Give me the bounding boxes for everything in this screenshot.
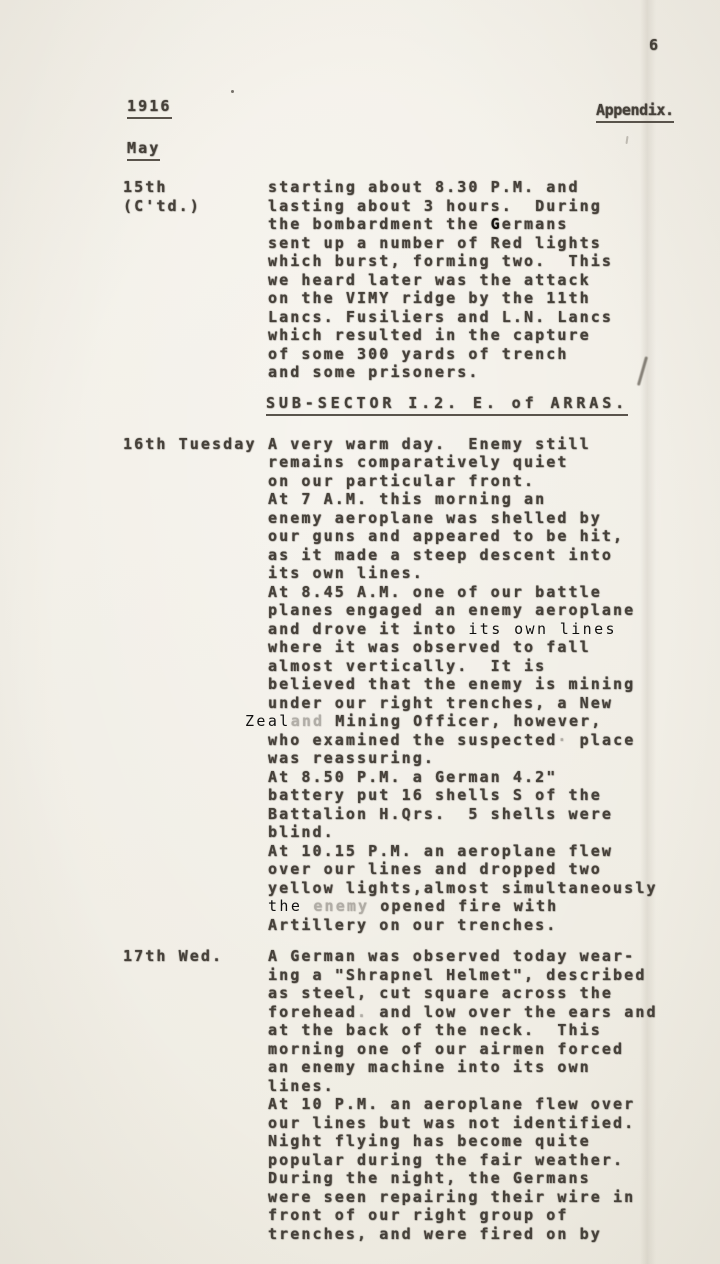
text-line: and drove it into its own lines <box>268 620 720 639</box>
text-segment: and some prisoners. <box>268 363 479 381</box>
text-line: under our right trenches, a New <box>268 694 720 713</box>
text-line: were seen repairing their wire in <box>268 1188 720 1207</box>
text-segment: opened fire with <box>369 897 558 915</box>
text-segment: trenches, and were fired on by <box>268 1225 602 1243</box>
text-segment: over our lines and dropped two <box>268 860 602 878</box>
text-line: our lines but was not identified. <box>268 1114 720 1133</box>
entry-body: A very warm day. Enemy stillremains comp… <box>268 435 720 935</box>
text-segment: as steel, cut square across the <box>268 984 613 1002</box>
stray-ink-dot <box>231 90 234 93</box>
text-segment: on our particular front. <box>268 472 535 490</box>
text-segment: which burst, forming two. This <box>268 252 613 270</box>
text-segment: believed that the enemy is mining <box>268 675 635 693</box>
text-line: of some 300 yards of trench <box>268 345 720 364</box>
text-segment: under our right trenches, a New <box>268 694 613 712</box>
text-segment: an enemy machine into its own <box>268 1058 591 1076</box>
text-line: trenches, and were fired on by <box>268 1225 720 1244</box>
text-segment: Lancs. Fusiliers and L.N. Lancs <box>268 308 613 326</box>
text-line: as it made a steep descent into <box>268 546 720 565</box>
text-segment: as it made a steep descent into <box>268 546 613 564</box>
text-segment: was reassuring. <box>268 749 435 767</box>
text-segment: and <box>291 712 324 730</box>
text-line: enemy aeroplane was shelled by <box>268 509 720 528</box>
text-line: Night flying has become quite <box>268 1132 720 1151</box>
text-segment: yellow lights,almost simultaneously <box>268 879 658 897</box>
text-line: Battalion H.Qrs. 5 shells were <box>268 805 720 824</box>
text-segment: and drove it into <box>268 620 468 638</box>
text-line: almost vertically. It is <box>268 657 720 676</box>
text-line: popular during the fair weather. <box>268 1151 720 1170</box>
text-segment: At 7 A.M. this morning an <box>268 490 546 508</box>
text-segment: G <box>491 215 502 233</box>
text-segment: Artillery on our trenches. <box>268 916 557 934</box>
text-segment: At 10.15 P.M. an aeroplane flew <box>268 842 613 860</box>
text-segment: our lines but was not identified. <box>268 1114 635 1132</box>
text-segment: we heard later was the attack <box>268 271 591 289</box>
text-line: an enemy machine into its own <box>268 1058 720 1077</box>
text-line: which burst, forming two. This <box>268 252 720 271</box>
stray-ink-tick <box>625 136 628 144</box>
text-segment: enemy aeroplane was shelled by <box>268 509 602 527</box>
text-line: battery put 16 shells S of the <box>268 786 720 805</box>
entry-date: 16th Tuesday <box>123 435 257 454</box>
text-segment: starting about 8.30 P.M. and <box>268 178 580 196</box>
text-segment: ermans <box>502 215 569 233</box>
text-segment: which resulted in the capture <box>268 326 591 344</box>
text-line: At 10.15 P.M. an aeroplane flew <box>268 842 720 861</box>
text-line: on the VIMY ridge by the 11th <box>268 289 720 308</box>
text-segment: enemy <box>302 897 369 915</box>
text-segment: At 8.50 P.M. a German 4.2" <box>268 768 557 786</box>
text-line: which resulted in the capture <box>268 326 720 345</box>
text-line: planes engaged an enemy aeroplane <box>268 601 720 620</box>
text-segment: Battalion H.Qrs. 5 shells were <box>268 805 613 823</box>
entry-body: starting about 8.30 P.M. andlasting abou… <box>268 178 720 382</box>
text-segment: Mining Officer, however, <box>324 712 602 730</box>
text-line: front of our right group of <box>268 1206 720 1225</box>
text-segment: the <box>268 897 302 915</box>
text-segment: place <box>569 731 636 749</box>
text-segment: lasting about 3 hours. During <box>268 197 602 215</box>
text-line: During the night, the Germans <box>268 1169 720 1188</box>
diary-entry: 15th (C'td.)starting about 8.30 P.M. and… <box>0 178 720 382</box>
text-line: where it was observed to fall <box>268 638 720 657</box>
text-line: Artillery on our trenches. <box>268 916 720 935</box>
diary-entries: 15th (C'td.)starting about 8.30 P.M. and… <box>0 178 720 1243</box>
text-line: starting about 8.30 P.M. and <box>268 178 720 197</box>
text-line: Zealand Mining Officer, however, <box>245 712 720 731</box>
text-line: ing a "Shrapnel Helmet", described <box>268 966 720 985</box>
month-heading: May <box>127 139 160 161</box>
text-segment: its own lines <box>468 620 617 638</box>
entry-date: 17th Wed. <box>123 947 223 966</box>
text-line: over our lines and dropped two <box>268 860 720 879</box>
text-segment: our guns and appeared to be hit, <box>268 527 624 545</box>
text-line: lasting about 3 hours. During <box>268 197 720 216</box>
text-line: the enemy opened fire with <box>268 897 720 916</box>
text-segment: remains comparatively quiet <box>268 453 569 471</box>
text-segment: of some 300 yards of trench <box>268 345 569 363</box>
text-line: at the back of the neck. This <box>268 1021 720 1040</box>
text-segment: and low over the ears and <box>379 1003 657 1021</box>
text-segment: At 8.45 A.M. one of our battle <box>268 583 602 601</box>
diary-entry: 16th TuesdayA very warm day. Enemy still… <box>0 435 720 935</box>
text-line: as steel, cut square across the <box>268 984 720 1003</box>
text-segment: blind. <box>268 823 335 841</box>
text-segment: almost vertically. It is <box>268 657 546 675</box>
text-segment: popular during the fair weather. <box>268 1151 624 1169</box>
text-line: who examined the suspected· place <box>268 731 720 750</box>
text-line: sent up a number of Red lights <box>268 234 720 253</box>
text-segment: forehead <box>268 1003 357 1021</box>
page-number: 6 <box>649 36 660 55</box>
text-segment: At 10 P.M. an aeroplane flew over <box>268 1095 635 1113</box>
text-line: we heard later was the attack <box>268 271 720 290</box>
text-line: At 8.50 P.M. a German 4.2" <box>268 768 720 787</box>
text-segment: Zeal <box>245 712 291 730</box>
appendix-label: Appendix. <box>596 101 674 123</box>
text-line: At 7 A.M. this morning an <box>268 490 720 509</box>
text-line: A German was observed today wear- <box>268 947 720 966</box>
text-line: on our particular front. <box>268 472 720 491</box>
text-line: Lancs. Fusiliers and L.N. Lancs <box>268 308 720 327</box>
text-segment: planes engaged an enemy aeroplane <box>268 601 635 619</box>
text-line: At 10 P.M. an aeroplane flew over <box>268 1095 720 1114</box>
text-line: yellow lights,almost simultaneously <box>268 879 720 898</box>
text-segment: sent up a number of Red lights <box>268 234 602 252</box>
text-segment: on the VIMY ridge by the 11th <box>268 289 591 307</box>
text-line: was reassuring. <box>268 749 720 768</box>
text-segment: who examined the suspected <box>268 731 557 749</box>
text-line: our guns and appeared to be hit, <box>268 527 720 546</box>
text-line: the bombardment the Germans <box>268 215 720 234</box>
text-segment: A German was observed today wear- <box>268 947 635 965</box>
text-line: its own lines. <box>268 564 720 583</box>
year-heading: 1916 <box>127 97 172 119</box>
text-segment: were seen repairing their wire in <box>268 1188 635 1206</box>
text-line: morning one of our airmen forced <box>268 1040 720 1059</box>
diary-entry: 17th Wed.A German was observed today wea… <box>0 947 720 1243</box>
text-segment: During the night, the Germans <box>268 1169 591 1187</box>
text-segment: . <box>357 1003 379 1021</box>
text-line: A very warm day. Enemy still <box>268 435 720 454</box>
diary-scan-page: 6 1916 Appendix. May SUB-SECTOR I.2. E. … <box>0 0 720 1264</box>
entry-date: 15th (C'td.) <box>123 178 201 215</box>
text-segment: its own lines. <box>268 564 424 582</box>
text-line: and some prisoners. <box>268 363 720 382</box>
text-line: At 8.45 A.M. one of our battle <box>268 583 720 602</box>
text-segment: the bombardment the <box>268 215 491 233</box>
text-segment: A very warm day. Enemy still <box>268 435 591 453</box>
text-segment: lines. <box>268 1077 335 1095</box>
text-segment: battery put 16 shells S of the <box>268 786 602 804</box>
text-line: remains comparatively quiet <box>268 453 720 472</box>
text-line: lines. <box>268 1077 720 1096</box>
text-line: forehead. and low over the ears and <box>268 1003 720 1022</box>
text-line: believed that the enemy is mining <box>268 675 720 694</box>
text-segment: front of our right group of <box>268 1206 569 1224</box>
text-line: blind. <box>268 823 720 842</box>
text-segment: · <box>557 731 568 749</box>
text-segment: at the back of the neck. This <box>268 1021 602 1039</box>
text-segment: morning one of our airmen forced <box>268 1040 624 1058</box>
text-segment: where it was observed to fall <box>268 638 591 656</box>
text-segment: Night flying has become quite <box>268 1132 591 1150</box>
text-segment: ing a "Shrapnel Helmet", described <box>268 966 646 984</box>
entry-body: A German was observed today wear-ing a "… <box>268 947 720 1243</box>
